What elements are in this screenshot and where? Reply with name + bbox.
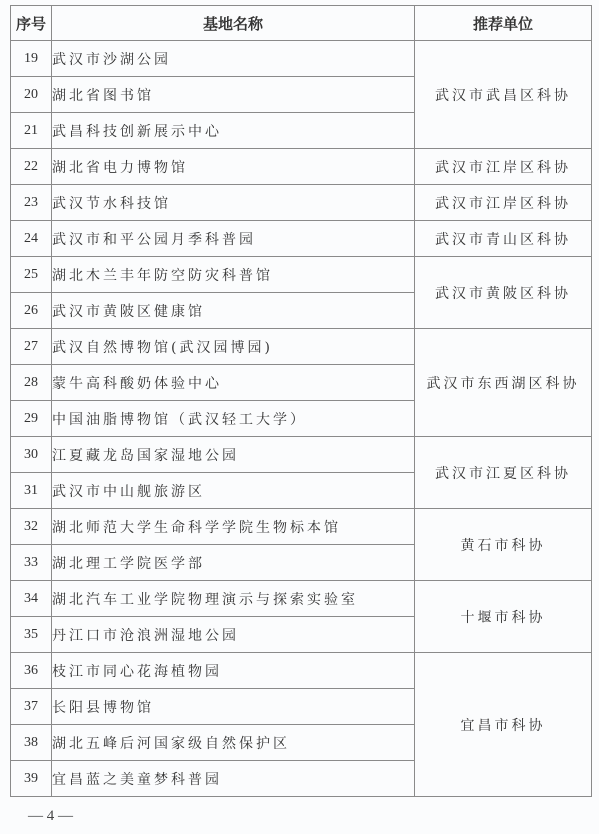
- base-name: 长阳县博物馆: [52, 689, 415, 725]
- base-name: 湖北木兰丰年防空防灾科普馆: [52, 257, 415, 293]
- row-number: 39: [11, 761, 52, 797]
- base-name: 武汉节水科技馆: [52, 185, 415, 221]
- base-name: 湖北理工学院医学部: [52, 545, 415, 581]
- table-body: 19武汉市沙湖公园武汉市武昌区科协20湖北省图书馆21武昌科技创新展示中心22湖…: [11, 41, 592, 797]
- bases-table: 序号 基地名称 推荐单位 19武汉市沙湖公园武汉市武昌区科协20湖北省图书馆21…: [10, 5, 592, 797]
- row-number: 28: [11, 365, 52, 401]
- base-name: 武汉市黄陂区健康馆: [52, 293, 415, 329]
- row-number: 31: [11, 473, 52, 509]
- recommending-unit: 武汉市江岸区科协: [415, 149, 592, 185]
- row-number: 30: [11, 437, 52, 473]
- table-row: 19武汉市沙湖公园武汉市武昌区科协: [11, 41, 592, 77]
- header-num: 序号: [11, 6, 52, 41]
- row-number: 35: [11, 617, 52, 653]
- table-row: 30江夏藏龙岛国家湿地公园武汉市江夏区科协: [11, 437, 592, 473]
- recommending-unit: 武汉市东西湖区科协: [415, 329, 592, 437]
- row-number: 20: [11, 77, 52, 113]
- table-row: 32湖北师范大学生命科学学院生物标本馆黄石市科协: [11, 509, 592, 545]
- row-number: 27: [11, 329, 52, 365]
- row-number: 21: [11, 113, 52, 149]
- table-row: 34湖北汽车工业学院物理演示与探索实验室十堰市科协: [11, 581, 592, 617]
- recommending-unit: 武汉市江夏区科协: [415, 437, 592, 509]
- recommending-unit: 宜昌市科协: [415, 653, 592, 797]
- page-number: — 4 —: [28, 808, 73, 825]
- row-number: 26: [11, 293, 52, 329]
- base-name: 宜昌蓝之美童梦科普园: [52, 761, 415, 797]
- table-row: 22湖北省电力博物馆武汉市江岸区科协: [11, 149, 592, 185]
- row-number: 34: [11, 581, 52, 617]
- table-header-row: 序号 基地名称 推荐单位: [11, 6, 592, 41]
- row-number: 33: [11, 545, 52, 581]
- base-name: 湖北省图书馆: [52, 77, 415, 113]
- recommending-unit: 武汉市黄陂区科协: [415, 257, 592, 329]
- base-name: 湖北汽车工业学院物理演示与探索实验室: [52, 581, 415, 617]
- base-name: 枝江市同心花海植物园: [52, 653, 415, 689]
- table-row: 23武汉节水科技馆武汉市江岸区科协: [11, 185, 592, 221]
- base-name: 湖北省电力博物馆: [52, 149, 415, 185]
- base-name: 武汉市和平公园月季科普园: [52, 221, 415, 257]
- header-name: 基地名称: [52, 6, 415, 41]
- base-name: 丹江口市沧浪洲湿地公园: [52, 617, 415, 653]
- base-name: 武汉市沙湖公园: [52, 41, 415, 77]
- recommending-unit: 黄石市科协: [415, 509, 592, 581]
- base-name: 蒙牛高科酸奶体验中心: [52, 365, 415, 401]
- table-row: 27武汉自然博物馆(武汉园博园)武汉市东西湖区科协: [11, 329, 592, 365]
- table-row: 24武汉市和平公园月季科普园武汉市青山区科协: [11, 221, 592, 257]
- table-row: 25湖北木兰丰年防空防灾科普馆武汉市黄陂区科协: [11, 257, 592, 293]
- header-unit: 推荐单位: [415, 6, 592, 41]
- row-number: 23: [11, 185, 52, 221]
- base-name: 湖北师范大学生命科学学院生物标本馆: [52, 509, 415, 545]
- table-row: 36枝江市同心花海植物园宜昌市科协: [11, 653, 592, 689]
- row-number: 29: [11, 401, 52, 437]
- base-name: 中国油脂博物馆（武汉轻工大学）: [52, 401, 415, 437]
- recommending-unit: 武汉市江岸区科协: [415, 185, 592, 221]
- row-number: 36: [11, 653, 52, 689]
- base-name: 武汉自然博物馆(武汉园博园): [52, 329, 415, 365]
- row-number: 24: [11, 221, 52, 257]
- row-number: 25: [11, 257, 52, 293]
- recommending-unit: 十堰市科协: [415, 581, 592, 653]
- row-number: 38: [11, 725, 52, 761]
- row-number: 22: [11, 149, 52, 185]
- base-name: 武昌科技创新展示中心: [52, 113, 415, 149]
- row-number: 37: [11, 689, 52, 725]
- row-number: 19: [11, 41, 52, 77]
- base-name: 武汉市中山舰旅游区: [52, 473, 415, 509]
- recommending-unit: 武汉市武昌区科协: [415, 41, 592, 149]
- base-name: 湖北五峰后河国家级自然保护区: [52, 725, 415, 761]
- row-number: 32: [11, 509, 52, 545]
- recommending-unit: 武汉市青山区科协: [415, 221, 592, 257]
- base-name: 江夏藏龙岛国家湿地公园: [52, 437, 415, 473]
